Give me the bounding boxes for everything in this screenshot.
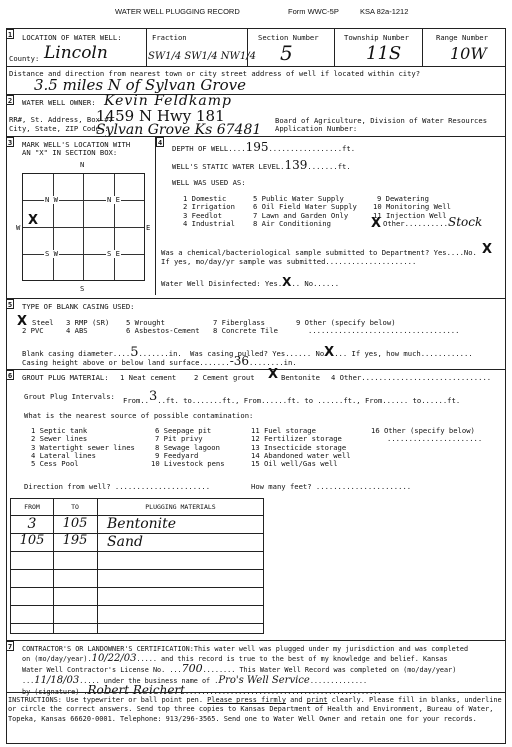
license-number-value[interactable]: 700: [182, 662, 203, 675]
instructions-part: and: [286, 696, 307, 704]
contamination-column-2: 6 Seepage pit 7 Pit privy 8 Sewage lagoo…: [151, 427, 225, 468]
contamination-option[interactable]: 15 Oil well/Gas well: [251, 460, 351, 468]
col-header-to: TO: [54, 504, 96, 511]
compass-east: E: [146, 224, 150, 232]
casing-other-specify[interactable]: ...................................: [296, 327, 459, 335]
label: ...: [22, 677, 34, 685]
instructions-emphasis: Please press firmly: [207, 696, 286, 704]
grid-label-sw: S W: [44, 250, 59, 258]
use-option[interactable]: 8 Air Conditioning: [253, 220, 357, 228]
casing-option[interactable]: 6 Asbestos-Cement: [126, 327, 200, 335]
divider: [6, 640, 506, 641]
use-option[interactable]: 4 Industrial: [183, 220, 235, 228]
label: on (mo/day/year).: [22, 655, 92, 663]
location-label: LOCATION OF WATER WELL:: [22, 34, 122, 42]
contamination-column-4: 16 Other (specify below) ...............…: [371, 427, 482, 444]
interval-from-label: From..: [123, 396, 149, 405]
section-5-number: 5: [6, 299, 14, 309]
section-3-number: 3: [6, 137, 14, 147]
sample-label: Was a chemical/bacteriological sample su…: [161, 248, 477, 257]
casing-pulled-no-x-mark[interactable]: X: [324, 345, 334, 360]
county-label: County:: [9, 55, 39, 63]
distance-value[interactable]: 3.5 miles N of Sylvan Grove: [34, 77, 246, 94]
disinfected-field: Water Well Disinfected: Yes.X.. No......: [161, 276, 339, 290]
signature-value[interactable]: Robert Reichert: [87, 683, 185, 697]
table-cell-material[interactable]: Bentonite: [107, 516, 176, 532]
section-1-number: 1: [6, 29, 14, 39]
fraction-label: Fraction: [152, 34, 187, 42]
casing-column-3: 5 Wrought 6 Asbestos-Cement: [126, 319, 200, 336]
compass-south: S: [80, 285, 84, 293]
divider: [6, 298, 506, 299]
certification-line-1: CONTRACTOR'S OR LANDOWNER'S CERTIFICATIO…: [22, 645, 468, 654]
grout-intervals-label: Grout Plug Intervals:: [24, 393, 115, 401]
divider: [334, 28, 335, 66]
mark-location-label-2: AN "X" IN SECTION BOX:: [22, 149, 117, 157]
depth-value: 195: [246, 140, 269, 154]
county-value[interactable]: Lincoln: [44, 44, 108, 64]
casing-column-2: 3 RMP (SR) 4 ABS: [66, 319, 109, 336]
fraction-value[interactable]: SW1/4 SW1/4 NW1/4: [148, 51, 256, 63]
grout-material-label: GROUT PLUG MATERIAL:: [22, 374, 109, 382]
form-statute: KSA 82a-1212: [360, 8, 408, 17]
business-name-value[interactable]: Pro's Well Service: [218, 675, 309, 686]
other-use-x-mark: X: [371, 217, 381, 232]
instructions-part: INSTRUCTIONS: Use typewriter or ball poi…: [8, 696, 207, 704]
contamination-column-1: 1 Septic tank 2 Sewer lines 3 Watertight…: [31, 427, 135, 468]
label: Water Well Contractor's License No. ...: [22, 666, 182, 674]
table-cell-to[interactable]: 105: [54, 517, 96, 532]
range-value[interactable]: 10W: [450, 45, 487, 63]
disinfected-label: Water Well Disinfected: Yes.: [161, 279, 282, 288]
divider: [155, 136, 156, 295]
other-use-value[interactable]: Stock: [448, 216, 482, 230]
table-cell-material[interactable]: Sand: [107, 534, 143, 550]
grout-option-neat-cement[interactable]: 1 Neat cement: [120, 374, 176, 382]
divider: [6, 136, 506, 137]
certification-line-2: on (mo/day/year).10/22/03..... and this …: [22, 654, 468, 664]
grid-label-ne: N E: [106, 196, 121, 204]
depth-label: DEPTH OF WELL....: [172, 144, 246, 153]
township-value[interactable]: 11S: [366, 44, 401, 65]
instructions-text: INSTRUCTIONS: Use typewriter or ball poi…: [8, 696, 502, 724]
divider: [6, 66, 506, 67]
col-header-from: FROM: [11, 504, 53, 511]
contamination-column-3: 11 Fuel storage 12 Fertilizer storage 13…: [251, 427, 351, 468]
grout-option-bentonite[interactable]: Bentonite: [281, 374, 320, 382]
section-7-number: 7: [6, 641, 14, 651]
casing-height-unit: ........in.: [249, 358, 297, 367]
casing-pulled-how-much[interactable]: ... If yes, how much............: [334, 349, 472, 358]
used-as-label: WELL WAS USED AS:: [172, 179, 246, 187]
section-6-number: 6: [6, 370, 14, 380]
table-cell-from[interactable]: 3: [11, 516, 53, 532]
divider: [6, 369, 506, 370]
certification-block: CONTRACTOR'S OR LANDOWNER'S CERTIFICATIO…: [22, 645, 468, 697]
interval-rest[interactable]: ..ft. to.......ft., From......ft. to ...…: [157, 396, 460, 405]
casing-type-label: TYPE OF BLANK CASING USED:: [22, 303, 135, 311]
depth-field[interactable]: DEPTH OF WELL....195.................ft.: [172, 141, 355, 155]
divider: [146, 28, 147, 66]
bentonite-x-mark: X: [268, 368, 278, 383]
section-grid[interactable]: [22, 173, 145, 281]
how-many-feet[interactable]: How many feet? ......................: [251, 483, 411, 491]
casing-column-4: 7 Fiberglass 8 Concrete Tile: [213, 319, 278, 336]
uses-column-3: 9 Dewatering 10 Monitoring Well 11 Injec…: [373, 195, 451, 228]
well-location-x-mark: X: [28, 214, 38, 229]
form-title: WATER WELL PLUGGING RECORD: [115, 8, 240, 17]
range-label: Range Number: [436, 34, 488, 42]
township-label: Township Number: [344, 34, 409, 42]
instructions-emphasis: print: [307, 696, 328, 704]
contamination-option[interactable]: 5 Cess Pool: [31, 460, 135, 468]
contamination-label: What is the nearest source of possible c…: [24, 412, 253, 420]
casing-height-value[interactable]: -36: [230, 354, 249, 368]
divider: [247, 28, 248, 66]
grid-label-se: S E: [106, 250, 121, 258]
steel-x-mark: X: [17, 315, 27, 330]
section-number-value[interactable]: 5: [280, 42, 293, 65]
casing-option[interactable]: 4 ABS: [66, 327, 109, 335]
grid-label-nw: N W: [44, 196, 59, 204]
table-cell-from[interactable]: 105: [11, 534, 53, 549]
form-number: Form WWC-5P: [288, 8, 339, 17]
casing-option[interactable]: 8 Concrete Tile: [213, 327, 278, 335]
section-4-number: 4: [156, 137, 164, 147]
owner-label: WATER WELL OWNER:: [22, 99, 96, 107]
completed-date-value[interactable]: 10/22/03: [92, 653, 137, 664]
casing-height-label: Casing height above or below land surfac…: [22, 358, 230, 367]
grout-option-other[interactable]: 4 Other..............................: [331, 374, 491, 382]
record-date-value[interactable]: 11/18/03: [34, 675, 79, 686]
sample-date-label: If yes, mo/day/yr sample was submitted..…: [161, 258, 416, 266]
static-level-unit: .......ft.: [307, 162, 350, 171]
use-option-other[interactable]: Other..........: [373, 220, 451, 228]
casing-height-field: Casing height above or below land surfac…: [22, 355, 297, 369]
casing-column-5: 9 Other (specify below) ................…: [296, 319, 459, 336]
compass-north: N: [80, 161, 84, 169]
plugging-materials-table: FROM TO PLUGGING MATERIALS 3 105 Bentoni…: [10, 498, 264, 634]
section-2-number: 2: [6, 95, 14, 105]
divider: [6, 692, 506, 693]
divider: [6, 94, 506, 95]
col-header-materials: PLUGGING MATERIALS: [98, 504, 263, 511]
table-cell-to[interactable]: 195: [54, 534, 96, 549]
depth-unit: .................ft.: [268, 144, 355, 153]
static-level-value: 139: [285, 158, 308, 172]
static-level-field[interactable]: WELL'S STATIC WATER LEVEL.139.......ft.: [172, 159, 351, 173]
label: ..............: [310, 677, 367, 685]
label: ........ This Water Well Record was comp…: [203, 666, 457, 674]
interval-from-1-value[interactable]: 3: [149, 389, 157, 404]
grout-intervals-field: From..3..ft. to.......ft., From......ft.…: [123, 393, 460, 408]
compass-west: W: [16, 224, 20, 232]
application-label: Application Number:: [275, 125, 357, 133]
grout-option-cement-grout[interactable]: 2 Cement grout: [194, 374, 255, 382]
direction-from-well[interactable]: Direction from well? ...................…: [24, 483, 210, 491]
uses-column-1: 1 Domestic 2 Irrigation 3 Feedlot 4 Indu…: [183, 195, 235, 228]
sample-no-x-mark[interactable]: X: [482, 243, 492, 258]
contamination-option[interactable]: 10 Livestock pens: [151, 460, 225, 468]
static-level-label: WELL'S STATIC WATER LEVEL.: [172, 162, 285, 171]
contamination-other-specify[interactable]: ......................: [371, 435, 482, 443]
divider: [422, 28, 423, 66]
city-label: City, State, ZIP Code :: [9, 125, 109, 133]
disinfected-no[interactable]: .. No......: [291, 279, 339, 288]
uses-column-2: 5 Public Water Supply 6 Oil Field Water …: [253, 195, 357, 228]
